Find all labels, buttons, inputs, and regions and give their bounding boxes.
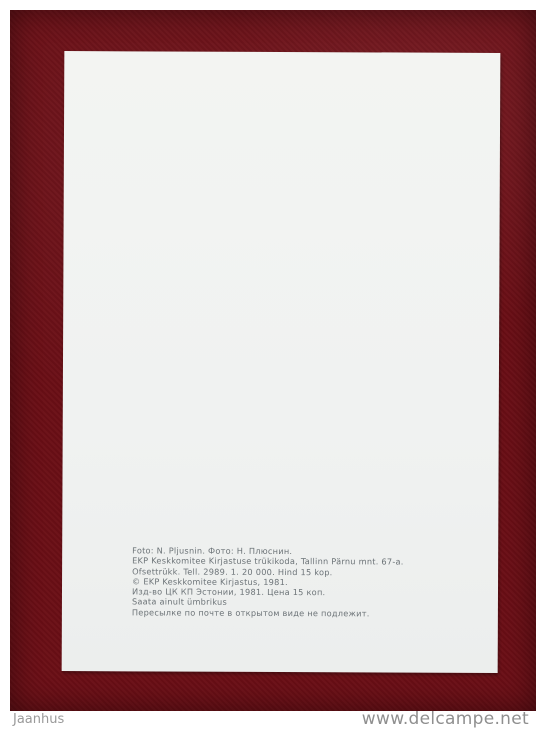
- imprint-line-envelope-only-ru: Пересылке по почте в открытом виде не по…: [132, 607, 492, 619]
- site-watermark: www.delcampe.net: [362, 709, 529, 729]
- postcard-back: Foto: N. Pljusnin. Фото: Н. Плюснин. EKP…: [62, 51, 501, 673]
- seller-watermark: Jaanhus: [13, 712, 64, 727]
- publisher-imprint: Foto: N. Pljusnin. Фото: Н. Плюснин. EKP…: [132, 545, 492, 619]
